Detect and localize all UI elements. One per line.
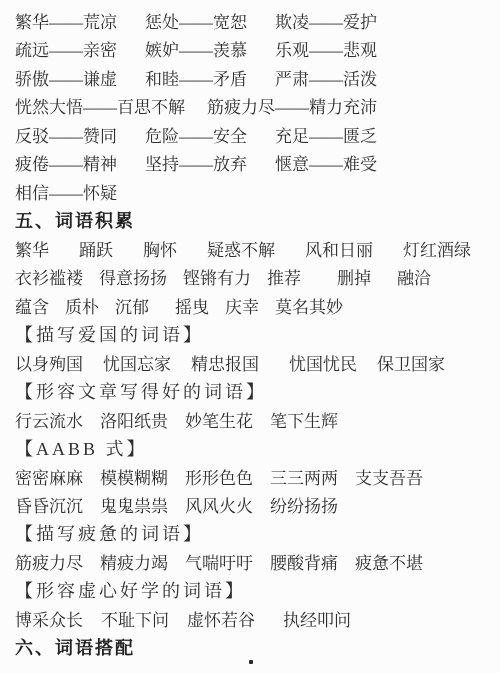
section-heading-row: 五、词语积累	[15, 206, 492, 235]
word: 质朴	[65, 293, 99, 318]
word: 蕴含	[15, 293, 49, 318]
word: 忧国忘家	[103, 350, 171, 375]
word-row: 繁华 踊跃 胸怀 疑惑不解 风和日丽 灯红酒绿	[15, 234, 492, 263]
word: 洛阳纸贵	[100, 407, 168, 432]
group-header-good-writing: 【形容文章写得好的词语】	[15, 378, 267, 404]
antonym-pair: 危险——安全	[145, 122, 275, 147]
word-row: 博采众长 不耻下问 虚怀若谷 执经叩问	[15, 605, 492, 634]
antonym-pair: 和睦——矛盾	[145, 65, 275, 90]
word: 形形色色	[185, 464, 253, 489]
word: 气喘吁吁	[185, 549, 253, 574]
antonym-pair: 恍然大悟——百思不解	[15, 93, 185, 118]
antonym-row: 疲倦——精神 坚持——放弃 惬意——难受	[15, 149, 492, 178]
word: 密密麻麻	[15, 464, 83, 489]
word-row: 密密麻麻 模模糊糊 形形色色 三三两两 支支吾吾	[15, 462, 492, 491]
antonym-pair: 坚持——放弃	[145, 150, 275, 175]
antonym-pair: 嫉妒——羡慕	[145, 36, 275, 61]
word: 得意扬扬	[99, 264, 167, 289]
word: 笔下生辉	[270, 407, 338, 432]
word: 鬼鬼祟祟	[100, 492, 168, 517]
word: 融洽	[397, 264, 431, 289]
antonym-pair: 筋疲力尽——精力充沛	[207, 93, 377, 118]
antonym-row: 恍然大悟——百思不解 筋疲力尽——精力充沛	[15, 92, 492, 121]
group-header-fatigue: 【描写疲惫的词语】	[15, 520, 204, 546]
antonym-pair: 乐观——悲观	[275, 36, 377, 61]
antonym-pair: 骄傲——谦虚	[15, 65, 145, 90]
group-header-modest-learning: 【形容虚心好学的词语】	[15, 577, 246, 603]
word: 踊跃	[79, 236, 113, 261]
antonym-pair: 疲倦——精神	[15, 150, 145, 175]
word: 胸怀	[143, 236, 177, 261]
word-row: 行云流水 洛阳纸贵 妙笔生花 笔下生辉	[15, 405, 492, 434]
group-header-row: 【形容文章写得好的词语】	[15, 377, 492, 406]
word: 删掉	[337, 264, 371, 289]
word: 疑惑不解	[207, 236, 275, 261]
antonym-row: 骄傲——谦虚 和睦——矛盾 严肃——活泼	[15, 63, 492, 92]
word: 摇曳	[175, 293, 209, 318]
word: 精忠报国	[191, 350, 259, 375]
word-row: 以身殉国 忧国忘家 精忠报国 忧国忧民 保卫国家	[15, 348, 492, 377]
word: 虚怀若谷	[187, 606, 255, 631]
word: 忧国忧民	[289, 350, 357, 375]
group-header-row: 【描写疲惫的词语】	[15, 519, 492, 548]
group-header-row: 【形容虚心好学的词语】	[15, 576, 492, 605]
word: 莫名其妙	[275, 293, 343, 318]
antonym-pair: 繁华——荒凉	[15, 8, 145, 33]
antonym-row: 反驳——赞同 危险——安全 充足——匮乏	[15, 120, 492, 149]
group-header-row: 【AABB 式】	[15, 434, 492, 463]
word: 灯红酒绿	[403, 236, 471, 261]
word: 腰酸背痛	[270, 549, 338, 574]
word-row: 昏昏沉沉 鬼鬼祟祟 风风火火 纷纷扬扬	[15, 491, 492, 520]
word: 筋疲力尽	[15, 549, 83, 574]
word: 纷纷扬扬	[270, 492, 338, 517]
word: 风和日丽	[305, 236, 373, 261]
antonym-pair: 反驳——赞同	[15, 122, 145, 147]
word: 三三两两	[270, 464, 338, 489]
word-row: 筋疲力尽 精疲力竭 气喘吁吁 腰酸背痛 疲惫不堪	[15, 548, 492, 577]
section-title-vocab: 五、词语积累	[15, 207, 135, 233]
word: 疲惫不堪	[355, 549, 423, 574]
word-row: 蕴含 质朴 沉郁 摇曳 庆幸 莫名其妙	[15, 291, 492, 320]
word: 模模糊糊	[100, 464, 168, 489]
word: 以身殉国	[15, 350, 83, 375]
word: 不耻下问	[101, 606, 169, 631]
antonym-pair: 严肃——活泼	[275, 65, 377, 90]
section-heading-row: 六、词语搭配	[15, 633, 492, 662]
group-header-patriotic: 【描写爱国的词语】	[15, 321, 204, 347]
word: 妙笔生花	[185, 407, 253, 432]
word: 博采众长	[15, 606, 83, 631]
group-header-row: 【描写爱国的词语】	[15, 320, 492, 349]
antonym-pair: 相信——怀疑	[15, 179, 117, 204]
word-row: 衣衫褴褛 得意扬扬 铿锵有力 推荐 删掉 融洽	[15, 263, 492, 292]
word: 衣衫褴褛	[15, 264, 83, 289]
antonym-pair: 惩处——宽恕	[145, 8, 275, 33]
antonym-pair: 疏远——亲密	[15, 36, 145, 61]
word: 保卫国家	[377, 350, 445, 375]
word: 支支吾吾	[355, 464, 423, 489]
document-page: 繁华——荒凉 惩处——宽恕 欺凌——爱护 疏远——亲密 嫉妒——羡慕 乐观——悲…	[0, 0, 500, 673]
antonym-row: 繁华——荒凉 惩处——宽恕 欺凌——爱护	[15, 6, 492, 35]
antonym-pair: 充足——匮乏	[275, 122, 377, 147]
word: 行云流水	[15, 407, 83, 432]
antonym-pair: 欺凌——爱护	[275, 8, 377, 33]
word: 繁华	[15, 236, 49, 261]
word: 庆幸	[225, 293, 259, 318]
group-header-aabb: 【AABB 式】	[15, 435, 148, 461]
antonym-row: 疏远——亲密 嫉妒——羡慕 乐观——悲观	[15, 35, 492, 64]
ink-speck	[249, 660, 253, 664]
word: 推荐	[267, 264, 301, 289]
word: 风风火火	[185, 492, 253, 517]
antonym-row: 相信——怀疑	[15, 177, 492, 206]
word: 精疲力竭	[100, 549, 168, 574]
word: 沉郁	[115, 293, 149, 318]
antonym-pair: 惬意——难受	[275, 150, 377, 175]
word: 铿锵有力	[183, 264, 251, 289]
word: 昏昏沉沉	[15, 492, 83, 517]
word: 执经叩问	[283, 606, 351, 631]
section-title-collocation: 六、词语搭配	[15, 634, 135, 660]
